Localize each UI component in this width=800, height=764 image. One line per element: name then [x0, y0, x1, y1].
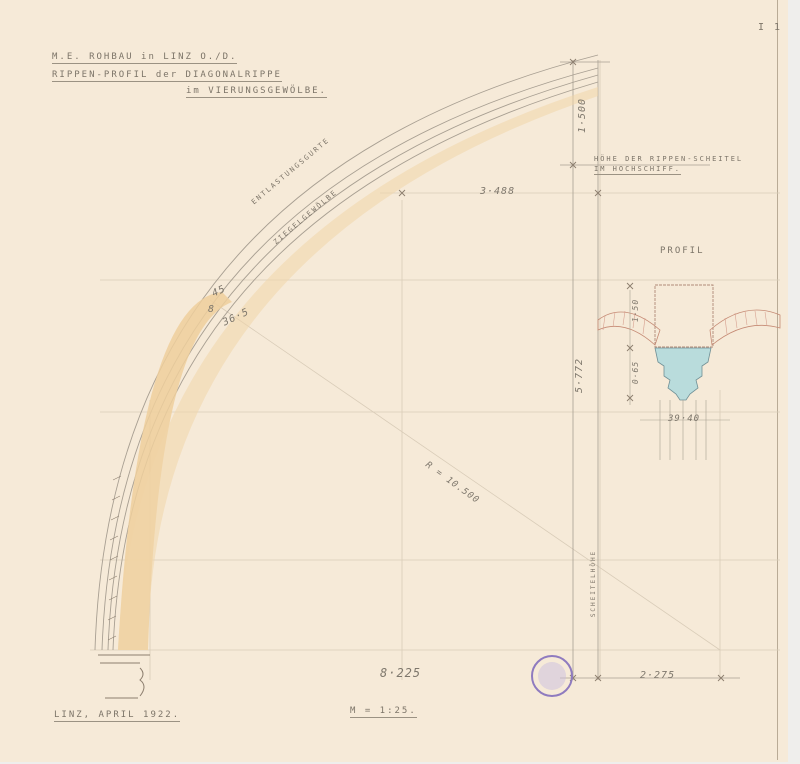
title-line-3: im VIERUNGSGEWÖLBE.	[186, 86, 327, 98]
dim-bottom-right: 2·275	[640, 670, 675, 681]
title-line-2: RIPPEN-PROFIL der DIAGONALRIPPE	[52, 70, 282, 82]
architectural-drawing	[0, 0, 800, 764]
vertical-label: SCHEITELHÖHE	[590, 550, 597, 617]
dim-profile-upper: 1·50	[631, 299, 640, 322]
rib-profile-section	[598, 285, 780, 460]
dim-profile-width: 39·40	[668, 414, 700, 424]
dim-arch-8: 8	[208, 304, 215, 315]
title-line-1: M.E. ROHBAU in LINZ O./D.	[52, 52, 237, 64]
archive-stamp	[532, 656, 572, 696]
sheet-number: I 1	[758, 22, 782, 33]
profile-fill	[655, 348, 711, 400]
dim-top-horizontal: 3·488	[480, 186, 515, 197]
dim-top-vertical: 1·500	[577, 98, 588, 133]
scale-label: M = 1:25.	[350, 706, 417, 718]
dim-bottom-center: 8·225	[380, 666, 421, 680]
dim-main-vertical: 5·772	[574, 358, 585, 393]
rib-height-note-2: IM HOCHSCHIFF.	[594, 165, 681, 175]
dim-profile-lower: 0·65	[631, 361, 640, 384]
profile-title: PROFIL	[660, 246, 705, 256]
rib-height-note-1: HÖHE DER RIPPEN-SCHEITEL	[594, 155, 743, 163]
place-date: LINZ, APRIL 1922.	[54, 710, 180, 722]
